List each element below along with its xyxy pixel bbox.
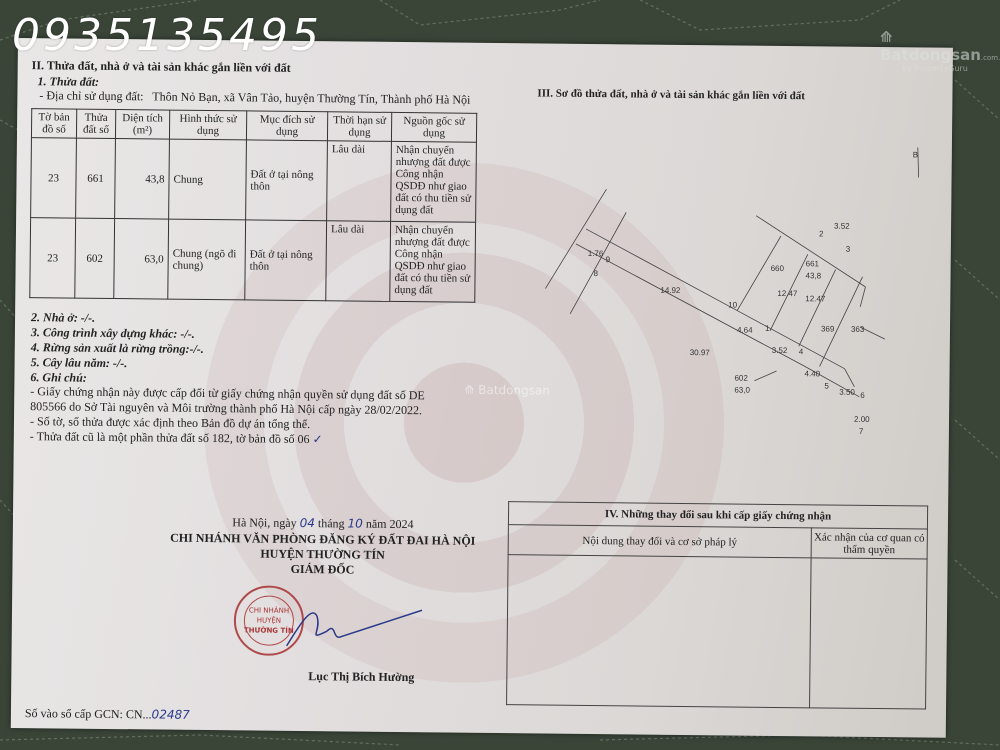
- svg-text:369: 369: [821, 324, 835, 333]
- section-3-title: III. Sơ đồ thửa đất, nhà ở và tài sản kh…: [537, 87, 805, 102]
- svg-text:1: 1: [765, 324, 770, 333]
- svg-text:4.64: 4.64: [737, 326, 753, 335]
- land-certificate-page: II. Thửa đất, nhà ở và tài sản khác gắn …: [11, 38, 953, 738]
- svg-text:14.92: 14.92: [660, 286, 681, 295]
- svg-text:8: 8: [594, 269, 599, 278]
- cell-map-sheet: 23: [30, 218, 76, 298]
- signature-scribble: [282, 601, 433, 653]
- cell-purpose: Đất ở tại nông thôn: [246, 140, 328, 221]
- svg-text:3.52: 3.52: [834, 222, 850, 231]
- svg-text:30.97: 30.97: [690, 348, 711, 357]
- col-use-form: Hình thức sử dụng: [169, 110, 246, 140]
- north-arrow-line: [917, 143, 920, 177]
- cell-use-form: Chung: [169, 139, 247, 220]
- north-label: B: [913, 150, 918, 159]
- col-map-sheet: Tờ bản đồ số: [31, 109, 76, 138]
- cell-use-form: Chung (ngõ đi chung): [168, 219, 246, 300]
- signer-position: GIÁM ĐỐC: [152, 560, 492, 579]
- cell-parcel-no: 661: [76, 138, 116, 218]
- col-parcel-no: Thửa đất số: [76, 109, 115, 138]
- address-label: - Địa chỉ sử dụng đất:: [39, 88, 143, 103]
- address-line: - Địa chỉ sử dụng đất: Thôn Nỏ Bạn, xã V…: [39, 88, 470, 108]
- svg-text:63,0: 63,0: [734, 386, 750, 395]
- col-change-content: Nội dung thay đổi và cơ sở pháp lý: [508, 525, 811, 558]
- table-header-row: Tờ bản đồ số Thửa đất số Diện tích (m²) …: [31, 109, 476, 143]
- svg-text:43,8: 43,8: [806, 271, 822, 280]
- address-value: Thôn Nỏ Bạn, xã Vân Tảo, huyện Thường Tí…: [152, 89, 470, 106]
- parcel-table: Tờ bản đồ số Thửa đất số Diện tích (m²) …: [29, 108, 477, 303]
- svg-text:3.52: 3.52: [772, 346, 788, 355]
- cell-area: 63,0: [114, 219, 169, 300]
- note-line: - Thửa đất cũ là một phần thửa đất số 18…: [30, 429, 425, 448]
- signer-name: Lục Thị Bích Hường: [191, 668, 531, 687]
- table-row: 23 602 63,0 Chung (ngõ đi chung) Đất ở t…: [30, 218, 476, 303]
- cell-purpose: Đất ở tại nông thôn: [245, 220, 327, 301]
- svg-text:5: 5: [824, 381, 829, 390]
- batdongsan-watermark-center: ⟰ Batdongsan: [464, 383, 550, 398]
- cell-term: Lâu dài: [327, 141, 392, 222]
- cell-map-sheet: 23: [31, 138, 77, 218]
- svg-text:660: 660: [771, 264, 785, 273]
- issue-day: 04: [300, 516, 315, 530]
- property-items: 2. Nhà ở: -/-. 3. Công trình xây dựng kh…: [30, 310, 204, 387]
- batdongsan-watermark-logo: ⟰ Batdongsan.com.vn by PropertyGuru: [880, 28, 1000, 73]
- cell-origin: Nhận chuyển nhượng đất được Công nhận QS…: [390, 221, 476, 302]
- phone-number-overlay: 0935135495: [12, 10, 322, 61]
- svg-text:363: 363: [851, 325, 865, 334]
- svg-text:4.40: 4.40: [804, 369, 820, 378]
- svg-text:602: 602: [734, 374, 748, 383]
- col-term: Thời hạn sử dụng: [327, 112, 391, 142]
- cell-area: 43,8: [115, 139, 170, 220]
- svg-text:3: 3: [846, 245, 851, 254]
- issue-month: 10: [348, 516, 363, 530]
- svg-text:9: 9: [606, 255, 611, 264]
- cell-parcel-no: 602: [75, 218, 115, 298]
- svg-text:4: 4: [799, 347, 804, 356]
- authority-cell: [810, 558, 928, 709]
- svg-text:2: 2: [819, 229, 824, 238]
- batdongsan-logo-icon: ⟰: [880, 28, 893, 46]
- svg-text:10: 10: [728, 300, 738, 309]
- cell-origin: Nhận chuyển nhượng đất được Công nhận QS…: [391, 141, 477, 222]
- svg-text:2.00: 2.00: [854, 415, 870, 424]
- notes-block: - Giấy chứng nhận này được cấp đổi từ gi…: [30, 384, 425, 448]
- svg-text:12.47: 12.47: [805, 294, 826, 303]
- col-area: Diện tích (m²): [115, 110, 169, 140]
- col-origin: Nguồn gốc sử dụng: [391, 112, 476, 142]
- registry-number: Số vào sổ cấp GCN: CN...02487: [25, 706, 190, 723]
- change-content-cell: [507, 555, 812, 708]
- cell-term: Lâu dài: [326, 221, 391, 302]
- svg-text:3.50: 3.50: [839, 388, 855, 397]
- checkmark-icon: ✓: [312, 432, 322, 446]
- svg-text:6: 6: [860, 391, 865, 400]
- changes-table: IV. Những thay đổi sau khi cấp giấy chứn…: [506, 501, 928, 709]
- col-purpose: Mục đích sử dụng: [246, 111, 327, 141]
- svg-text:12.47: 12.47: [777, 289, 798, 298]
- table-row: 23 661 43,8 Chung Đất ở tại nông thôn Lâ…: [31, 138, 477, 223]
- svg-text:7: 7: [859, 427, 864, 436]
- col-authority-confirmation: Xác nhận của cơ quan có thẩm quyền: [811, 528, 927, 559]
- parcel-diagram: B 660 661 43,8 369 363 602 63,0 1 2 3 4 …: [513, 143, 936, 477]
- svg-text:1.76: 1.76: [588, 249, 604, 258]
- svg-text:661: 661: [806, 259, 820, 268]
